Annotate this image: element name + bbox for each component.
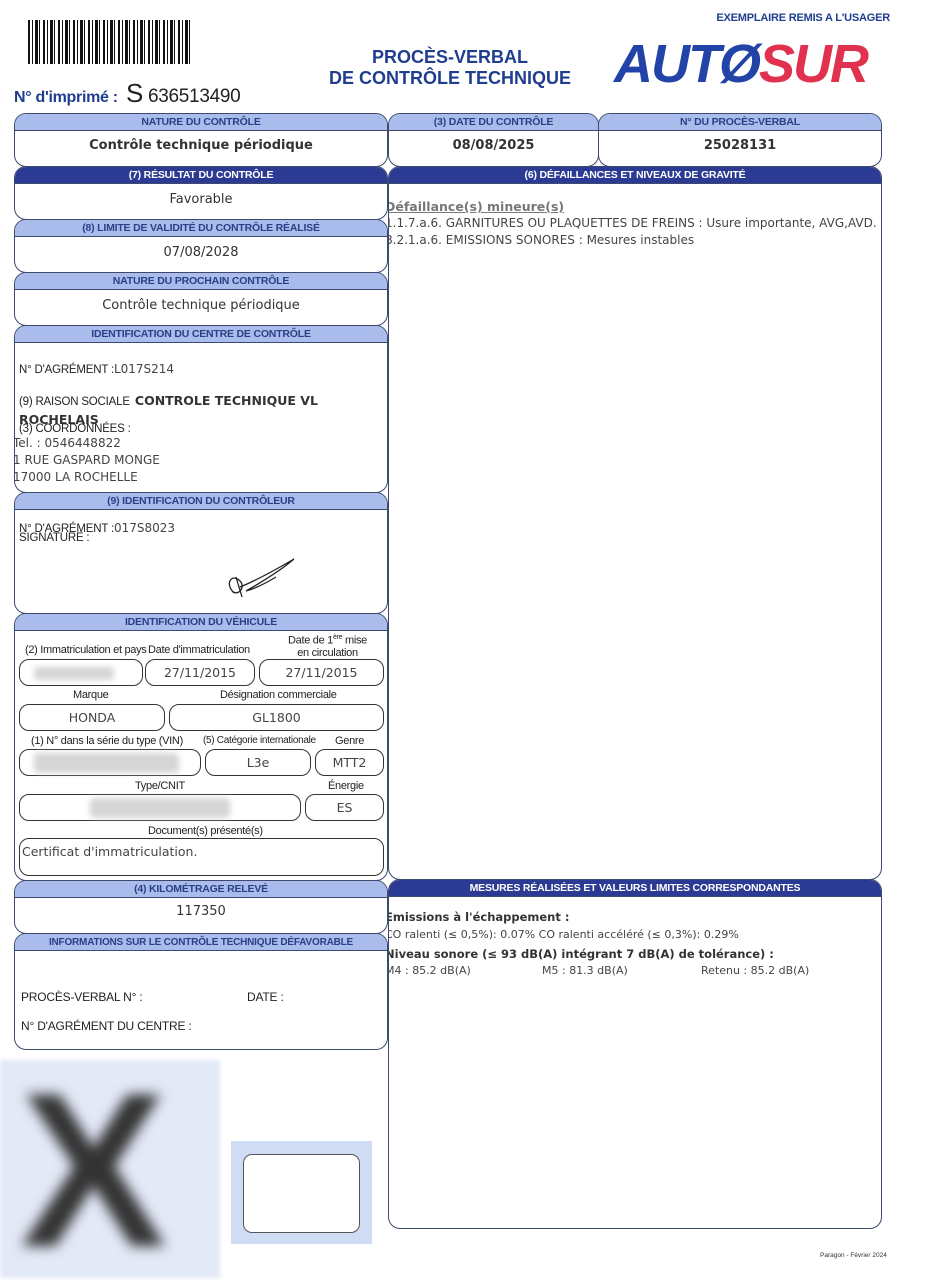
defavorable-box: INFORMATIONS SUR LE CONTRÔLE TECHNIQUE D…	[14, 933, 388, 1050]
vehicule-label: IDENTIFICATION DU VÉHICULE	[15, 614, 387, 631]
centre-label: IDENTIFICATION DU CENTRE DE CONTRÔLE	[15, 326, 387, 343]
nature-controle-value: Contrôle technique périodique	[15, 138, 387, 153]
sonore-m4: M4 : 85.2 dB(A)	[388, 964, 471, 977]
limite-validite-box: (8) LIMITE DE VALIDITÉ DU CONTRÔLE RÉALI…	[14, 219, 388, 273]
centre-agrement: N° D'AGRÉMENT :L017S214	[19, 358, 174, 377]
centre-agrement-value: L017S214	[114, 362, 174, 376]
date-1ere-label-sup: ère	[333, 634, 342, 641]
designation-field: GL1800	[169, 704, 384, 731]
genre-label: Genre	[335, 735, 364, 747]
document-title: PROCÈS-VERBAL DE CONTRÔLE TECHNIQUE	[300, 47, 600, 89]
resultat-label: (7) RÉSULTAT DU CONTRÔLE	[15, 167, 387, 184]
imprime-number: N° d'imprimé : S 636513490	[14, 78, 240, 109]
num-pv-box: N° DU PROCÈS-VERBAL 25028131	[598, 113, 882, 167]
date-controle-value: 08/08/2025	[389, 138, 598, 153]
exemplaire-label: EXEMPLAIRE REMIS A L'USAGER	[700, 12, 890, 24]
controleur-box: (9) IDENTIFICATION DU CONTRÔLEUR N° D'AG…	[14, 492, 388, 614]
designation-label: Désignation commerciale	[220, 689, 337, 701]
defavorable-pv-label: PROCÈS-VERBAL N° :	[21, 990, 142, 1004]
num-pv-label: N° DU PROCÈS-VERBAL	[599, 114, 881, 131]
marque-field: HONDA	[19, 704, 165, 731]
imprime-label: N° d'imprimé :	[14, 89, 118, 106]
num-pv-value: 25028131	[599, 138, 881, 153]
nature-controle-box: NATURE DU CONTRÔLE Contrôle technique pé…	[14, 113, 388, 167]
immat-label: (2) Immatriculation et pays	[25, 644, 147, 656]
date-1ere-label-c: en circulation	[297, 647, 358, 659]
title-line1: PROCÈS-VERBAL	[300, 47, 600, 68]
type-field	[19, 794, 301, 821]
limite-validite-value: 07/08/2028	[15, 245, 387, 260]
vin-redacted	[34, 753, 179, 773]
defaillance-item: 8.2.1.a.6. EMISSIONS SONORES : Mesures i…	[388, 232, 877, 249]
controleur-agrement-value: 017S8023	[114, 521, 175, 535]
prochain-controle-label: NATURE DU PROCHAIN CONTRÔLE	[15, 273, 387, 290]
centre-raison-label: (9) RAISON SOCIALE	[19, 396, 130, 408]
sonore-m5: M5 : 81.3 dB(A)	[542, 964, 628, 977]
controleur-label: (9) IDENTIFICATION DU CONTRÔLEUR	[15, 493, 387, 510]
emissions-title: Emissions à l'échappement :	[388, 908, 774, 926]
stamp-window	[243, 1154, 360, 1233]
centre-agrement-label: N° D'AGRÉMENT :	[19, 364, 114, 376]
date-1ere-label: Date de 1ère mise en circulation	[270, 632, 385, 659]
defaillances-box: (6) DÉFAILLANCES ET NIVEAUX DE GRAVITÉ D…	[388, 166, 882, 880]
prochain-controle-box: NATURE DU PROCHAIN CONTRÔLE Contrôle tec…	[14, 272, 388, 326]
vin-field	[19, 749, 201, 776]
date-controle-label: (3) DATE DU CONTRÔLE	[389, 114, 598, 131]
logo-auto: AUT	[614, 34, 719, 94]
defavorable-agrement-label: N° D'AGRÉMENT DU CENTRE :	[21, 1019, 192, 1033]
documents-label: Document(s) présenté(s)	[148, 825, 263, 837]
categorie-field: L3e	[205, 749, 311, 776]
date-1ere-field: 27/11/2015	[259, 659, 384, 686]
kilometrage-label: (4) KILOMÉTRAGE RELEVÉ	[15, 881, 387, 898]
autosur-logo: AUTØSUR	[614, 36, 867, 92]
resultat-box: (7) RÉSULTAT DU CONTRÔLE Favorable	[14, 166, 388, 220]
defaillances-list: Défaillance(s) mineure(s) 1.1.7.a.6. GAR…	[388, 198, 877, 249]
centre-box: IDENTIFICATION DU CENTRE DE CONTRÔLE N° …	[14, 325, 388, 493]
documents-field: Certificat d'immatriculation.	[19, 838, 384, 876]
vehicule-box: IDENTIFICATION DU VÉHICULE (2) Immatricu…	[14, 613, 388, 881]
date-immat-field: 27/11/2015	[145, 659, 255, 686]
defavorable-label: INFORMATIONS SUR LE CONTRÔLE TECHNIQUE D…	[15, 934, 387, 951]
kilometrage-value: 117350	[15, 904, 387, 919]
defavorable-date-label: DATE :	[247, 990, 284, 1004]
barcode	[28, 20, 193, 64]
date-immat-label: Date d'immatriculation	[148, 644, 250, 656]
stamp-area	[231, 1141, 372, 1244]
date-controle-box: (3) DATE DU CONTRÔLE 08/08/2025	[388, 113, 599, 167]
date-1ere-label-a: Date de 1	[288, 635, 333, 647]
kilometrage-box: (4) KILOMÉTRAGE RELEVÉ 117350	[14, 880, 388, 934]
centre-address1: 1 RUE GASPARD MONGE	[14, 453, 160, 467]
energie-label: Énergie	[328, 780, 364, 792]
sonore-title: Niveau sonore (≤ 93 dB(A) intégrant 7 dB…	[388, 944, 774, 964]
logo-o-icon: Ø	[719, 36, 759, 92]
nature-controle-label: NATURE DU CONTRÔLE	[15, 114, 387, 131]
categorie-label: (5) Catégorie internationale	[203, 735, 316, 746]
signature-label: SIGNATURE :	[19, 532, 89, 544]
genre-field: MTT2	[315, 749, 384, 776]
signature-icon	[220, 553, 300, 603]
centre-coord-label: (3) COORDONNÉES :	[19, 423, 131, 435]
centre-tel: Tel. : 0546448822	[14, 436, 121, 450]
emissions-line: CO ralenti (≤ 0,5%): 0.07% CO ralenti ac…	[388, 926, 774, 944]
centre-address2: 17000 LA ROCHELLE	[14, 470, 138, 484]
redacted-photo: X	[0, 1060, 220, 1278]
immat-redacted	[34, 667, 114, 680]
title-line2: DE CONTRÔLE TECHNIQUE	[300, 68, 600, 89]
defaillance-item: 1.1.7.a.6. GARNITURES OU PLAQUETTES DE F…	[388, 215, 877, 232]
defaillances-label: (6) DÉFAILLANCES ET NIVEAUX DE GRAVITÉ	[389, 167, 881, 184]
logo-sur: SUR	[759, 34, 867, 94]
imprime-prefix: S	[126, 78, 143, 108]
prochain-controle-value: Contrôle technique périodique	[15, 298, 387, 313]
mesures-box: MESURES RÉALISÉES ET VALEURS LIMITES COR…	[388, 879, 882, 1229]
imprime-value: 636513490	[148, 86, 240, 107]
redacted-x-icon: X	[20, 1070, 167, 1270]
resultat-value: Favorable	[15, 192, 387, 207]
date-1ere-label-b: mise	[342, 635, 367, 647]
footer-version: Paragon - Février 2024	[820, 1252, 887, 1259]
sonore-values: M4 : 85.2 dB(A) M5 : 81.3 dB(A) Retenu :…	[388, 964, 774, 980]
sonore-retenu: Retenu : 85.2 dB(A)	[701, 964, 809, 977]
mesures-label: MESURES RÉALISÉES ET VALEURS LIMITES COR…	[389, 880, 881, 897]
limite-validite-label: (8) LIMITE DE VALIDITÉ DU CONTRÔLE RÉALI…	[15, 220, 387, 237]
mesures-content: Emissions à l'échappement : CO ralenti (…	[388, 908, 774, 980]
type-label: Type/CNIT	[135, 780, 185, 792]
energie-field: ES	[305, 794, 384, 821]
vin-label: (1) N° dans la série du type (VIN)	[31, 735, 183, 747]
type-redacted	[90, 798, 230, 818]
marque-label: Marque	[73, 689, 109, 701]
immat-field	[19, 659, 143, 686]
defaillances-section: Défaillance(s) mineure(s)	[388, 198, 877, 215]
